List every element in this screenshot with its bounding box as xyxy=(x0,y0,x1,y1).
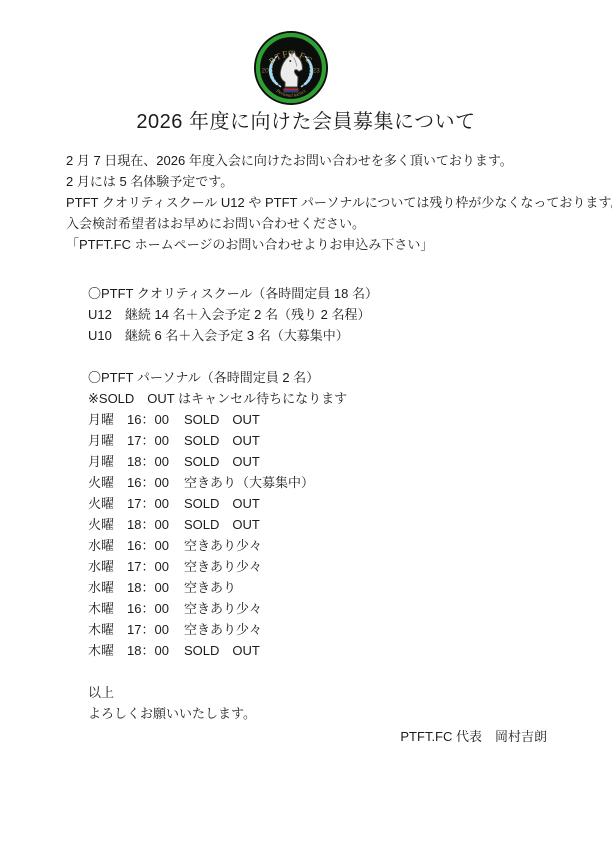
closing-section: 以上 よろしくお願いいたします。 xyxy=(66,682,612,724)
signature: PTFT.FC 代表 岡村吉朗 xyxy=(66,726,547,747)
schedule-time: 16：00 xyxy=(127,472,184,493)
schedule-day: 水曜 xyxy=(88,577,127,598)
schedule-day: 水曜 xyxy=(88,535,127,556)
schedule-status: 空きあり（大募集中） xyxy=(184,472,314,493)
schedule-time: 18：00 xyxy=(127,514,184,535)
schedule-status: SOLD OUT xyxy=(184,493,260,514)
schedule-time: 17：00 xyxy=(127,619,184,640)
schedule-time: 18：00 xyxy=(127,577,184,598)
schedule-status: SOLD OUT xyxy=(184,514,260,535)
schedule-time: 16：00 xyxy=(127,535,184,556)
intro-line: 「PTFT.FC ホームページのお問い合わせよりお申込み下さい」 xyxy=(66,234,612,255)
schedule-time: 17：00 xyxy=(127,556,184,577)
schedule-day: 月曜 xyxy=(88,409,127,430)
quality-school-heading: 〇PTFT クオリティスクール（各時間定員 18 名） xyxy=(88,283,612,304)
crest-year-left: 20 xyxy=(262,68,270,75)
schedule-status: SOLD OUT xyxy=(184,451,260,472)
schedule-day: 木曜 xyxy=(88,598,127,619)
schedule-time: 17：00 xyxy=(127,430,184,451)
club-logo: PTFT.FC 20 23 Personal tactics xyxy=(254,31,328,105)
schedule-time: 18：00 xyxy=(127,640,184,661)
schedule-time: 18：00 xyxy=(127,451,184,472)
schedule-day: 月曜 xyxy=(88,430,127,451)
schedule-row: 火曜 16：00 空きあり（大募集中） xyxy=(88,472,612,493)
schedule-row: 月曜 16：00 SOLD OUT xyxy=(88,409,612,430)
quality-school-u10-line: U10 継続 6 名＋入会予定 3 名（大募集中） xyxy=(88,325,612,346)
schedule-row: 木曜 16：00 空きあり少々 xyxy=(88,598,612,619)
schedule-day: 木曜 xyxy=(88,619,127,640)
schedule-status: 空きあり xyxy=(184,577,236,598)
schedule-row: 木曜 18：00 SOLD OUT xyxy=(88,640,612,661)
intro-paragraph: 2 月 7 日現在、2026 年度入会に向けたお問い合わせを多く頂いております。… xyxy=(66,150,612,255)
schedule-row: 火曜 17：00 SOLD OUT xyxy=(88,493,612,514)
schedule-row: 水曜 18：00 空きあり xyxy=(88,577,612,598)
notice-page: PTFT.FC 20 23 Personal tactics 2026 年度に向… xyxy=(0,0,612,859)
intro-line: 2 月 7 日現在、2026 年度入会に向けたお問い合わせを多く頂いております。 xyxy=(66,150,612,171)
personal-note: ※SOLD OUT はキャンセル待ちになります xyxy=(88,388,612,409)
schedule-row: 木曜 17：00 空きあり少々 xyxy=(88,619,612,640)
personal-section: 〇PTFT パーソナル（各時間定員 2 名） ※SOLD OUT はキャンセル待… xyxy=(66,367,612,661)
club-crest-icon: PTFT.FC 20 23 Personal tactics xyxy=(254,31,328,105)
schedule-row: 水曜 16：00 空きあり少々 xyxy=(88,535,612,556)
schedule-row: 月曜 18：00 SOLD OUT xyxy=(88,451,612,472)
schedule-row: 月曜 17：00 SOLD OUT xyxy=(88,430,612,451)
closing-ijou: 以上 xyxy=(88,682,612,703)
schedule-status: 空きあり少々 xyxy=(184,619,262,640)
schedule-day: 水曜 xyxy=(88,556,127,577)
schedule-time: 16：00 xyxy=(127,409,184,430)
personal-heading: 〇PTFT パーソナル（各時間定員 2 名） xyxy=(88,367,612,388)
schedule-day: 木曜 xyxy=(88,640,127,661)
schedule-status: 空きあり少々 xyxy=(184,535,262,556)
page-title: 2026 年度に向けた会員募集について xyxy=(0,108,612,136)
document-body: 2 月 7 日現在、2026 年度入会に向けたお問い合わせを多く頂いております。… xyxy=(66,150,612,747)
schedule-status: SOLD OUT xyxy=(184,409,260,430)
schedule-status: 空きあり少々 xyxy=(184,598,262,619)
schedule-day: 火曜 xyxy=(88,472,127,493)
schedule-status: SOLD OUT xyxy=(184,640,260,661)
schedule-row: 火曜 18：00 SOLD OUT xyxy=(88,514,612,535)
schedule-day: 火曜 xyxy=(88,493,127,514)
schedule-time: 16：00 xyxy=(127,598,184,619)
schedule-status: 空きあり少々 xyxy=(184,556,262,577)
quality-school-section: 〇PTFT クオリティスクール（各時間定員 18 名） U12 継続 14 名＋… xyxy=(66,283,612,346)
flag-stripes-icon xyxy=(284,88,299,92)
schedule-status: SOLD OUT xyxy=(184,430,260,451)
schedule-day: 火曜 xyxy=(88,514,127,535)
schedule-day: 月曜 xyxy=(88,451,127,472)
quality-school-u12-line: U12 継続 14 名＋入会予定 2 名（残り 2 名程） xyxy=(88,304,612,325)
intro-line: 入会検討希望者はお早めにお問い合わせください。 xyxy=(66,213,612,234)
schedule-time: 17：00 xyxy=(127,493,184,514)
intro-line: 2 月には 5 名体験予定です。 xyxy=(66,171,612,192)
crest-year-right: 23 xyxy=(313,68,321,75)
schedule-row: 水曜 17：00 空きあり少々 xyxy=(88,556,612,577)
closing-thanks: よろしくお願いいたします。 xyxy=(88,703,612,724)
intro-line: PTFT クオリティスクール U12 や PTFT パーソナルについては残り枠が… xyxy=(66,192,612,213)
